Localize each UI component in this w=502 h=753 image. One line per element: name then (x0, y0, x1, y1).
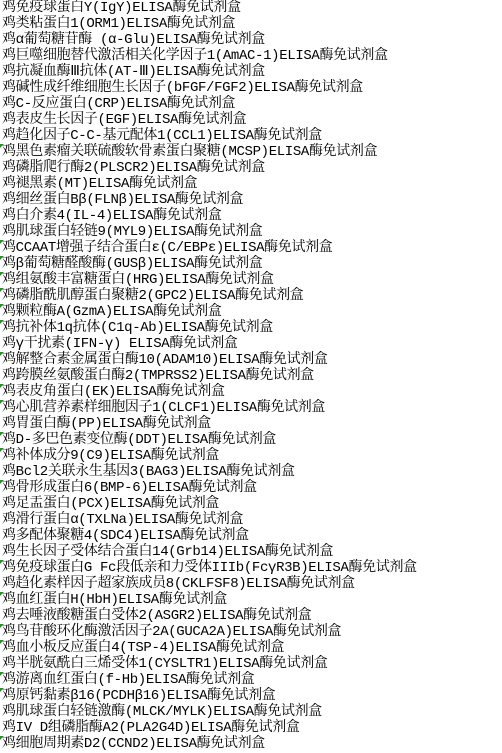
table-row[interactable]: 鸡类粘蛋白1(ORM1)ELISA酶免试剂盒 (0, 16, 502, 32)
table-row[interactable]: 鸡抗补体1q抗体(C1q-Ab)ELISA酶免试剂盒 (0, 320, 502, 336)
table-row[interactable]: 鸡肌球蛋白轻链9(MYL9)ELISA酶免试剂盒 (0, 224, 502, 240)
table-row[interactable]: 鸡血红蛋白H(HbH)ELISA酶免试剂盒 (0, 592, 502, 608)
table-row[interactable]: 鸡D-多巴色素变位酶(DDT)ELISA酶免试剂盒 (0, 432, 502, 448)
cell-product-name[interactable]: 鸡α葡萄糖苷酶 (α-Glu)ELISA酶免试剂盒 (0, 32, 265, 48)
cell-product-name[interactable]: 鸡褪黑素(MT)ELISA酶免试剂盒 (0, 176, 197, 192)
cell-product-name[interactable]: 鸡CCAAT增强子结合蛋白ε(C/EBPε)ELISA酶免试剂盒 (0, 240, 332, 256)
cell-product-name[interactable]: 鸡表皮生长因子(EGF)ELISA酶免试剂盒 (0, 112, 246, 128)
table-row[interactable]: 鸡胃蛋白酶(PP)ELISA酶免试剂盒 (0, 416, 502, 432)
cell-product-name[interactable]: 鸡解整合素金属蛋白酶10(ADAM10)ELISA酶免试剂盒 (0, 352, 328, 368)
table-row[interactable]: 鸡γ干扰素(IFN-γ) ELISA酶免试剂盒 (0, 336, 502, 352)
table-row[interactable]: 鸡CCAAT增强子结合蛋白ε(C/EBPε)ELISA酶免试剂盒 (0, 240, 502, 256)
table-row[interactable]: 鸡颗粒酶A(GzmA)ELISA酶免试剂盒 (0, 304, 502, 320)
table-row[interactable]: 鸡表皮角蛋白(EK)ELISA酶免试剂盒 (0, 384, 502, 400)
cell-product-name[interactable]: 鸡血小板反应蛋白4(TSP-4)ELISA酶免试剂盒 (0, 640, 284, 656)
table-row[interactable]: 鸡趋化素样因子超家族成员8(CKLFSF8)ELISA酶免试剂盒 (0, 576, 502, 592)
cell-product-name[interactable]: 鸡多配体聚糖4(SDC4)ELISA酶免试剂盒 (0, 528, 249, 544)
table-row[interactable]: 鸡细丝蛋白Bβ(FLNβ)ELISA酶免试剂盒 (0, 192, 502, 208)
cell-product-name[interactable]: 鸡碱性成纤维细胞生长因子(bFGF/FGF2)ELISA酶免试剂盒 (0, 80, 363, 96)
cell-product-name[interactable]: 鸡肌球蛋白轻链激酶(MLCK/MYLK)ELISA酶免试剂盒 (0, 704, 322, 720)
table-row[interactable]: 鸡心肌营养素样细胞因子1(CLCF1)ELISA酶免试剂盒 (0, 400, 502, 416)
cell-product-name[interactable]: 鸡骨形成蛋白6(BMP-6)ELISA酶免试剂盒 (0, 480, 257, 496)
cell-product-name[interactable]: 鸡趋化因子C-C-基元配体1(CCL1)ELISA酶免试剂盒 (0, 128, 322, 144)
table-row[interactable]: 鸡磷脂爬行酶2(PLSCR2)ELISA酶免试剂盒 (0, 160, 502, 176)
table-row[interactable]: 鸡游离血红蛋白(f-Hb)ELISA酶免试剂盒 (0, 672, 502, 688)
table-row[interactable]: 鸡细胞周期素D2(CCND2)ELISA酶免试剂盒 (0, 736, 502, 752)
table-row[interactable]: 鸡补体成分9(C9)ELISA酶免试剂盒 (0, 448, 502, 464)
cell-product-name[interactable]: 鸡补体成分9(C9)ELISA酶免试剂盒 (0, 448, 219, 464)
table-row[interactable]: 鸡滑行蛋白α(TXLNa)ELISA酶免试剂盒 (0, 512, 502, 528)
cell-product-name[interactable]: 鸡表皮角蛋白(EK)ELISA酶免试剂盒 (0, 384, 225, 400)
table-row[interactable]: 鸡C-反应蛋白(CRP)ELISA酶免试剂盒 (0, 96, 502, 112)
cell-product-name[interactable]: 鸡黑色素瘤关联硫酸软骨素蛋白聚糖(MCSP)ELISA酶免试剂盒 (0, 144, 377, 160)
cell-product-name[interactable]: 鸡游离血红蛋白(f-Hb)ELISA酶免试剂盒 (0, 672, 254, 688)
cell-product-name[interactable]: 鸡半胱氨酰白三烯受体1(CYSLTR1)ELISA酶免试剂盒 (0, 656, 328, 672)
table-row[interactable]: 鸡组氨酸丰富糖蛋白(HRG)ELISA酶免试剂盒 (0, 272, 502, 288)
table-row[interactable]: 鸡血小板反应蛋白4(TSP-4)ELISA酶免试剂盒 (0, 640, 502, 656)
cell-product-name[interactable]: 鸡D-多巴色素变位酶(DDT)ELISA酶免试剂盒 (0, 432, 276, 448)
table-row[interactable]: 鸡解整合素金属蛋白酶10(ADAM10)ELISA酶免试剂盒 (0, 352, 502, 368)
cell-product-name[interactable]: 鸡肌球蛋白轻链9(MYL9)ELISA酶免试剂盒 (0, 224, 262, 240)
table-row[interactable]: 鸡原钙黏素β16(PCDHβ16)ELISA酶免试剂盒 (0, 688, 502, 704)
cell-product-name[interactable]: 鸡生长因子受体结合蛋白14(Grb14)ELISA酶免试剂盒 (0, 544, 333, 560)
cell-product-name[interactable]: 鸡类粘蛋白1(ORM1)ELISA酶免试剂盒 (0, 16, 235, 32)
table-row[interactable]: 鸡表皮生长因子(EGF)ELISA酶免试剂盒 (0, 112, 502, 128)
cell-product-name[interactable]: 鸡细胞周期素D2(CCND2)ELISA酶免试剂盒 (0, 736, 265, 752)
table-row[interactable]: 鸡鸟苷酸环化酶激活因子2A(GUCA2A)ELISA酶免试剂盒 (0, 624, 502, 640)
cell-product-name[interactable]: 鸡鸟苷酸环化酶激活因子2A(GUCA2A)ELISA酶免试剂盒 (0, 624, 341, 640)
cell-product-name[interactable]: 鸡趋化素样因子超家族成员8(CKLFSF8)ELISA酶免试剂盒 (0, 576, 355, 592)
cell-product-name[interactable]: 鸡血红蛋白H(HbH)ELISA酶免试剂盒 (0, 592, 227, 608)
table-row[interactable]: 鸡跨膜丝氨酸蛋白酶2(TMPRSS2)ELISA酶免试剂盒 (0, 368, 502, 384)
table-row[interactable]: 鸡趋化因子C-C-基元配体1(CCL1)ELISA酶免试剂盒 (0, 128, 502, 144)
cell-product-name[interactable]: 鸡胃蛋白酶(PP)ELISA酶免试剂盒 (0, 416, 211, 432)
table-row[interactable]: 鸡去唾液酸糖蛋白受体2(ASGR2)ELISA酶免试剂盒 (0, 608, 502, 624)
table-row[interactable]: 鸡IV D组磷脂酶A2(PLA2G4D)ELISA酶免试剂盒 (0, 720, 502, 736)
table-row[interactable]: 鸡免疫球蛋白G Fc段低亲和力受体IIIb(FcγR3B)ELISA酶免试剂盒 (0, 560, 502, 576)
cell-product-name[interactable]: 鸡β葡萄糖醛酸酶(GUSβ)ELISA酶免试剂盒 (0, 256, 262, 272)
table-row[interactable]: 鸡免疫球蛋白Y(IgY)ELISA酶免试剂盒 (0, 0, 502, 16)
table-row[interactable]: 鸡半胱氨酰白三烯受体1(CYSLTR1)ELISA酶免试剂盒 (0, 656, 502, 672)
cell-product-name[interactable]: 鸡γ干扰素(IFN-γ) ELISA酶免试剂盒 (0, 336, 238, 352)
table-row[interactable]: 鸡Bcl2关联永生基因3(BAG3)ELISA酶免试剂盒 (0, 464, 502, 480)
cell-product-name[interactable]: 鸡组氨酸丰富糖蛋白(HRG)ELISA酶免试剂盒 (0, 272, 274, 288)
cell-product-name[interactable]: 鸡抗补体1q抗体(C1q-Ab)ELISA酶免试剂盒 (0, 320, 273, 336)
spreadsheet-column: 鸡免疫球蛋白Y(IgY)ELISA酶免试剂盒鸡类粘蛋白1(ORM1)ELISA酶… (0, 0, 502, 753)
table-row[interactable]: 鸡肌球蛋白轻链激酶(MLCK/MYLK)ELISA酶免试剂盒 (0, 704, 502, 720)
cell-product-name[interactable]: 鸡Bcl2关联永生基因3(BAG3)ELISA酶免试剂盒 (0, 464, 295, 480)
cell-product-name[interactable]: 鸡跨膜丝氨酸蛋白酶2(TMPRSS2)ELISA酶免试剂盒 (0, 368, 314, 384)
cell-product-name[interactable]: 鸡免疫球蛋白Y(IgY)ELISA酶免试剂盒 (0, 0, 241, 16)
table-row[interactable]: 鸡抗凝血酶Ⅲ抗体(AT-Ⅲ)ELISA酶免试剂盒 (0, 64, 502, 80)
cell-product-name[interactable]: 鸡免疫球蛋白G Fc段低亲和力受体IIIb(FcγR3B)ELISA酶免试剂盒 (0, 560, 417, 576)
cell-product-name[interactable]: 鸡白介素4(IL-4)ELISA酶免试剂盒 (0, 208, 221, 224)
cell-product-name[interactable]: 鸡足盂蛋白(PCX)ELISA酶免试剂盒 (0, 496, 219, 512)
cell-product-name[interactable]: 鸡巨噬细胞替代激活相关化学因子1(AmAC-1)ELISA酶免试剂盒 (0, 48, 388, 64)
cell-product-name[interactable]: 鸡滑行蛋白α(TXLNa)ELISA酶免试剂盒 (0, 512, 243, 528)
table-row[interactable]: 鸡足盂蛋白(PCX)ELISA酶免试剂盒 (0, 496, 502, 512)
table-row[interactable]: 鸡黑色素瘤关联硫酸软骨素蛋白聚糖(MCSP)ELISA酶免试剂盒 (0, 144, 502, 160)
cell-product-name[interactable]: 鸡去唾液酸糖蛋白受体2(ASGR2)ELISA酶免试剂盒 (0, 608, 311, 624)
table-row[interactable]: 鸡生长因子受体结合蛋白14(Grb14)ELISA酶免试剂盒 (0, 544, 502, 560)
cell-product-name[interactable]: 鸡磷脂酰肌醇蛋白聚糖2(GPC2)ELISA酶免试剂盒 (0, 288, 303, 304)
table-row[interactable]: 鸡α葡萄糖苷酶 (α-Glu)ELISA酶免试剂盒 (0, 32, 502, 48)
table-row[interactable]: 鸡磷脂酰肌醇蛋白聚糖2(GPC2)ELISA酶免试剂盒 (0, 288, 502, 304)
cell-product-name[interactable]: 鸡抗凝血酶Ⅲ抗体(AT-Ⅲ)ELISA酶免试剂盒 (0, 64, 265, 80)
table-row[interactable]: 鸡褪黑素(MT)ELISA酶免试剂盒 (0, 176, 502, 192)
table-row[interactable]: 鸡碱性成纤维细胞生长因子(bFGF/FGF2)ELISA酶免试剂盒 (0, 80, 502, 96)
table-row[interactable]: 鸡白介素4(IL-4)ELISA酶免试剂盒 (0, 208, 502, 224)
table-row[interactable]: 鸡β葡萄糖醛酸酶(GUSβ)ELISA酶免试剂盒 (0, 256, 502, 272)
table-row[interactable]: 鸡骨形成蛋白6(BMP-6)ELISA酶免试剂盒 (0, 480, 502, 496)
cell-product-name[interactable]: 鸡细丝蛋白Bβ(FLNβ)ELISA酶免试剂盒 (0, 192, 243, 208)
table-row[interactable]: 鸡多配体聚糖4(SDC4)ELISA酶免试剂盒 (0, 528, 502, 544)
cell-product-name[interactable]: 鸡原钙黏素β16(PCDHβ16)ELISA酶免试剂盒 (0, 688, 275, 704)
cell-product-name[interactable]: 鸡磷脂爬行酶2(PLSCR2)ELISA酶免试剂盒 (0, 160, 265, 176)
cell-product-name[interactable]: 鸡IV D组磷脂酶A2(PLA2G4D)ELISA酶免试剂盒 (0, 720, 300, 736)
cell-product-name[interactable]: 鸡C-反应蛋白(CRP)ELISA酶免试剂盒 (0, 96, 235, 112)
table-row[interactable]: 鸡巨噬细胞替代激活相关化学因子1(AmAC-1)ELISA酶免试剂盒 (0, 48, 502, 64)
cell-product-name[interactable]: 鸡颗粒酶A(GzmA)ELISA酶免试剂盒 (0, 304, 221, 320)
cell-product-name[interactable]: 鸡心肌营养素样细胞因子1(CLCF1)ELISA酶免试剂盒 (0, 400, 325, 416)
